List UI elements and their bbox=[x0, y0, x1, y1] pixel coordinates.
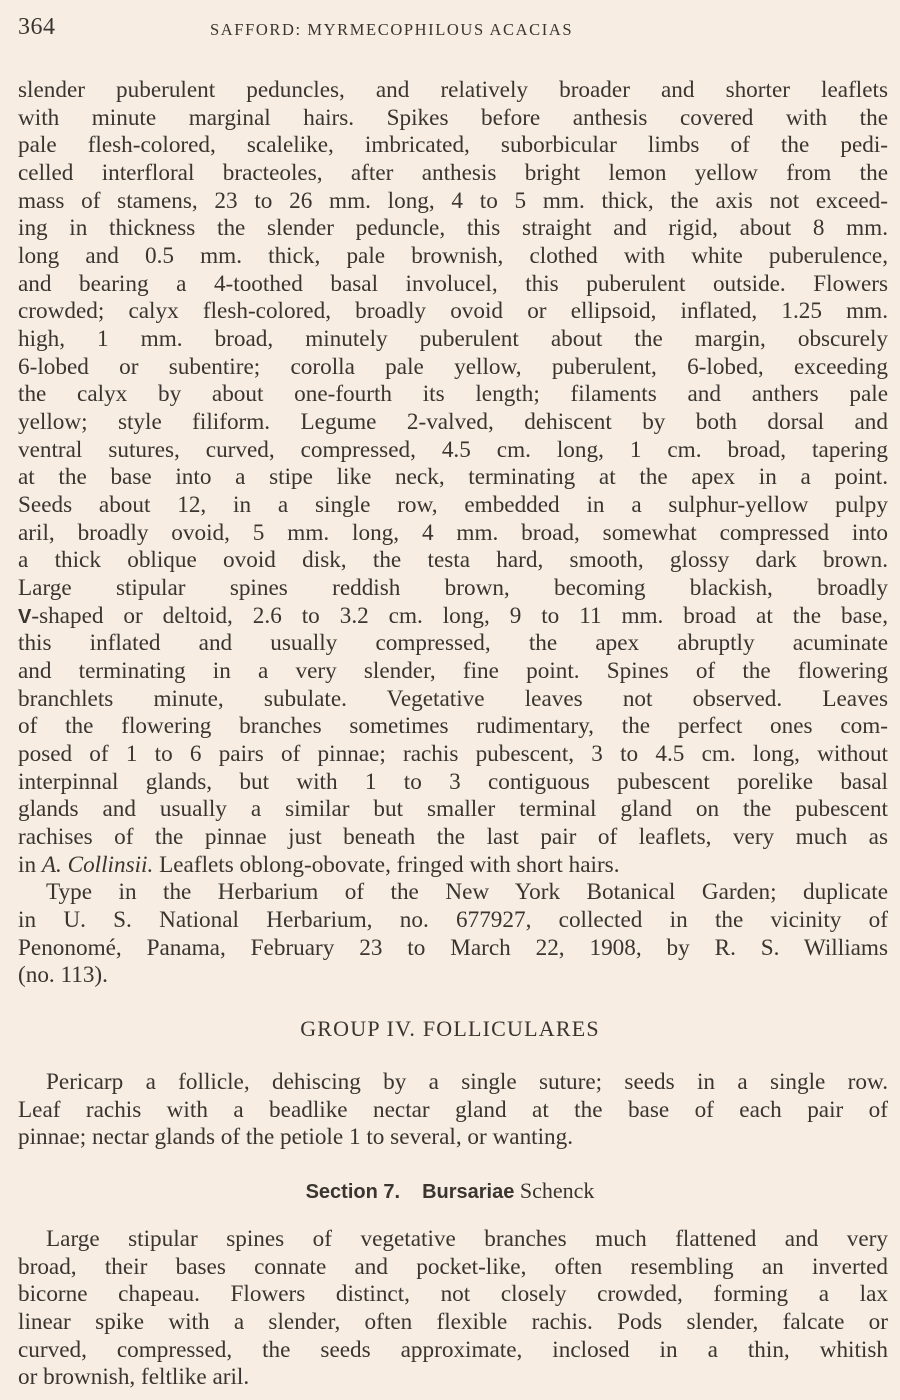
text-line: broad, their bases connate and pocket-li… bbox=[18, 1253, 888, 1281]
text-line: V-shaped or deltoid, 2.6 to 3.2 cm. long… bbox=[18, 602, 888, 630]
text-line: aril, broadly ovoid, 5 mm. long, 4 mm. b… bbox=[18, 519, 888, 547]
text-line: with minute marginal hairs. Spikes befor… bbox=[18, 104, 888, 132]
text-line: yellow; style filiform. Legume 2-valved,… bbox=[18, 408, 888, 436]
text-line: linear spike with a slender, often flexi… bbox=[18, 1308, 888, 1336]
text-line: 6-lobed or subentire; corolla pale yello… bbox=[18, 353, 888, 381]
running-head: 364 SAFFORD: MYRMECOPHILOUS ACACIAS bbox=[18, 14, 888, 44]
text-line: in U. S. National Herbarium, no. 677927,… bbox=[18, 906, 888, 934]
text-line: and terminating in a very slender, fine … bbox=[18, 657, 888, 685]
text-line: posed of 1 to 6 pairs of pinnae; rachis … bbox=[18, 740, 888, 768]
section-number: Section 7. bbox=[306, 1181, 400, 1203]
text-line: Large stipular spines of vegetative bran… bbox=[46, 1225, 888, 1253]
species-name: A. Collinsii. bbox=[42, 852, 153, 878]
text-line: the calyx by about one-fourth its length… bbox=[18, 380, 888, 408]
text-span: in bbox=[18, 852, 42, 878]
text-line: celled interfloral bracteoles, after ant… bbox=[18, 159, 888, 187]
text-line: or brownish, feltlike aril. bbox=[18, 1363, 888, 1391]
text-line: slender puberulent peduncles, and relati… bbox=[18, 76, 888, 104]
book-page: 364 SAFFORD: MYRMECOPHILOUS ACACIAS slen… bbox=[0, 0, 900, 1400]
page-number: 364 bbox=[18, 14, 56, 41]
text-line: long and 0.5 mm. thick, pale brownish, c… bbox=[18, 242, 888, 270]
text-line: a thick oblique ovoid disk, the testa ha… bbox=[18, 546, 888, 574]
text-line: Penonomé, Panama, February 23 to March 2… bbox=[18, 934, 888, 962]
text-line: high, 1 mm. broad, minutely puberulent a… bbox=[18, 325, 888, 353]
text-line: at the base into a stipe like neck, term… bbox=[18, 463, 888, 491]
section-authority: Schenck bbox=[520, 1178, 595, 1203]
running-title: SAFFORD: MYRMECOPHILOUS ACACIAS bbox=[210, 20, 573, 40]
group-heading: GROUP IV. FOLLICULARES bbox=[0, 1016, 900, 1042]
text-line: ing in thickness the slender peduncle, t… bbox=[18, 214, 888, 242]
text-line: branchlets minute, subulate. Vegetative … bbox=[18, 685, 888, 713]
text-line: crowded; calyx flesh-colored, broadly ov… bbox=[18, 297, 888, 325]
text-line: of the flowering branches sometimes rudi… bbox=[18, 712, 888, 740]
text-line: Large stipular spines reddish brown, bec… bbox=[18, 574, 888, 602]
text-line: pinnae; nectar glands of the petiole 1 t… bbox=[18, 1123, 888, 1151]
text-line: curved, compressed, the seeds approximat… bbox=[18, 1336, 888, 1364]
section-heading: Section 7. Bursariae Schenck bbox=[0, 1178, 900, 1204]
text-line: and bearing a 4-toothed basal involucel,… bbox=[18, 270, 888, 298]
text-span: -shaped or deltoid, 2.6 to 3.2 cm. long,… bbox=[31, 603, 888, 629]
text-line: Pericarp a follicle, dehiscing by a sing… bbox=[46, 1068, 888, 1096]
text-line: pale flesh-colored, scalelike, imbricate… bbox=[18, 131, 888, 159]
text-line: rachises of the pinnae just beneath the … bbox=[18, 823, 888, 851]
text-line: ventral sutures, curved, compressed, 4.5… bbox=[18, 436, 888, 464]
text-line: in A. Collinsii. Leaflets oblong-obovate… bbox=[18, 851, 888, 879]
text-line: bicorne chapeau. Flowers distinct, not c… bbox=[18, 1280, 888, 1308]
text-line: this inflated and usually compressed, th… bbox=[18, 629, 888, 657]
text-line: (no. 113). bbox=[18, 961, 888, 989]
v-glyph: V bbox=[18, 606, 31, 628]
text-line: Type in the Herbarium of the New York Bo… bbox=[46, 878, 888, 906]
text-line: interpinnal glands, but with 1 to 3 cont… bbox=[18, 768, 888, 796]
text-line: glands and usually a similar but smaller… bbox=[18, 795, 888, 823]
section-name: Bursariae bbox=[422, 1181, 514, 1203]
text-line: Seeds about 12, in a single row, embedde… bbox=[18, 491, 888, 519]
text-span: Leaflets oblong-obovate, fringed with sh… bbox=[153, 852, 619, 878]
text-line: Leaf rachis with a beadlike nectar gland… bbox=[18, 1096, 888, 1124]
text-line: mass of stamens, 23 to 26 mm. long, 4 to… bbox=[18, 187, 888, 215]
